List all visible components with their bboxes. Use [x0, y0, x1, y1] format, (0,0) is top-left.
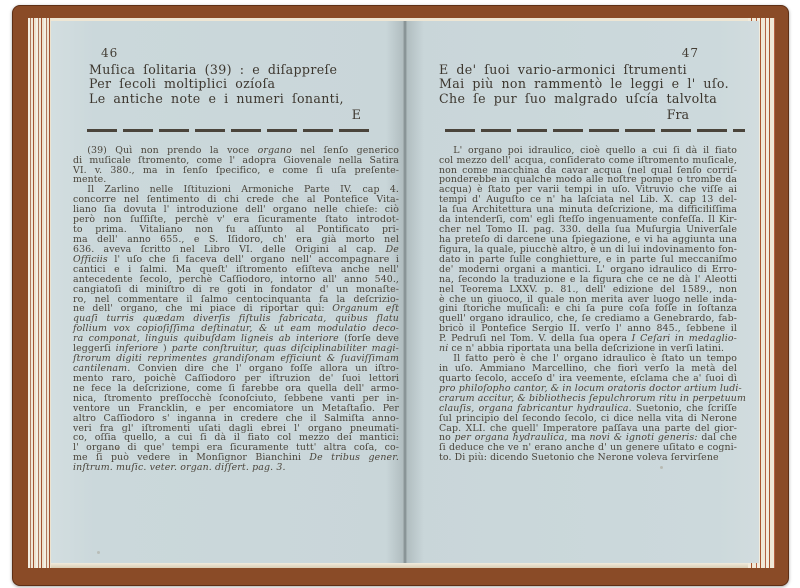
foxing-speck	[660, 466, 663, 469]
verse-block-right: E de' ſuoi vario-armonici ſtrumentiMai p…	[439, 63, 737, 106]
catchword-right: Fra	[439, 107, 737, 122]
foxing-speck	[97, 551, 100, 554]
foxing-speck	[705, 206, 708, 209]
page-edges-left-icon	[28, 18, 51, 568]
left-page: 46 Muſica ſolitaria (39) : e diſappreſeP…	[51, 21, 405, 563]
open-book: 46 Muſica ſolitaria (39) : e diſappreſeP…	[12, 5, 789, 586]
verse-line: Che ſe pur ſuo malgrado uſcía talvolta	[439, 92, 737, 106]
verse-line: Mai più non rammentò le leggi e l' uſo.	[439, 77, 737, 91]
footnote-line: VI. v. 380., ma in ſenſo ſpecifico, e co…	[73, 166, 399, 176]
verse-line: Per ſecoli moltiplici ozíoſa	[89, 77, 399, 91]
page-edges-bottom-icon	[51, 563, 748, 568]
verse-line: E de' ſuoi vario-armonici ſtrumenti	[439, 63, 737, 77]
catchword-left: E	[73, 107, 399, 122]
page-spread: 46 Muſica ſolitaria (39) : e diſappreſeP…	[51, 21, 759, 563]
verse-block-left: Muſica ſolitaria (39) : e diſappreſePer …	[73, 63, 399, 106]
footnote-line: to. Di più: dicendo Suetonio che Nerone …	[439, 453, 737, 463]
footnote-separator-right	[445, 129, 745, 132]
footnote-separator-left	[87, 129, 373, 132]
verse-line: Le antiche note e i numeri ſonanti,	[89, 92, 399, 106]
right-page: 47 E de' ſuoi vario-armonici ſtrumentiMa…	[405, 21, 759, 563]
page-number-left: 46	[73, 46, 399, 60]
footnote-block-right: L' organo poi idraulico, cioè quello a c…	[439, 146, 737, 464]
verse-line: Muſica ſolitaria (39) : e diſappreſe	[89, 63, 399, 77]
foxing-speck	[116, 447, 119, 450]
footnote-block-left: (39) Quì non prendo la voce organo nel ſ…	[73, 146, 399, 473]
footnote-line: inſtrum. muſic. veter. organ. diſſert. p…	[73, 463, 399, 473]
page-number-right: 47	[439, 46, 737, 60]
